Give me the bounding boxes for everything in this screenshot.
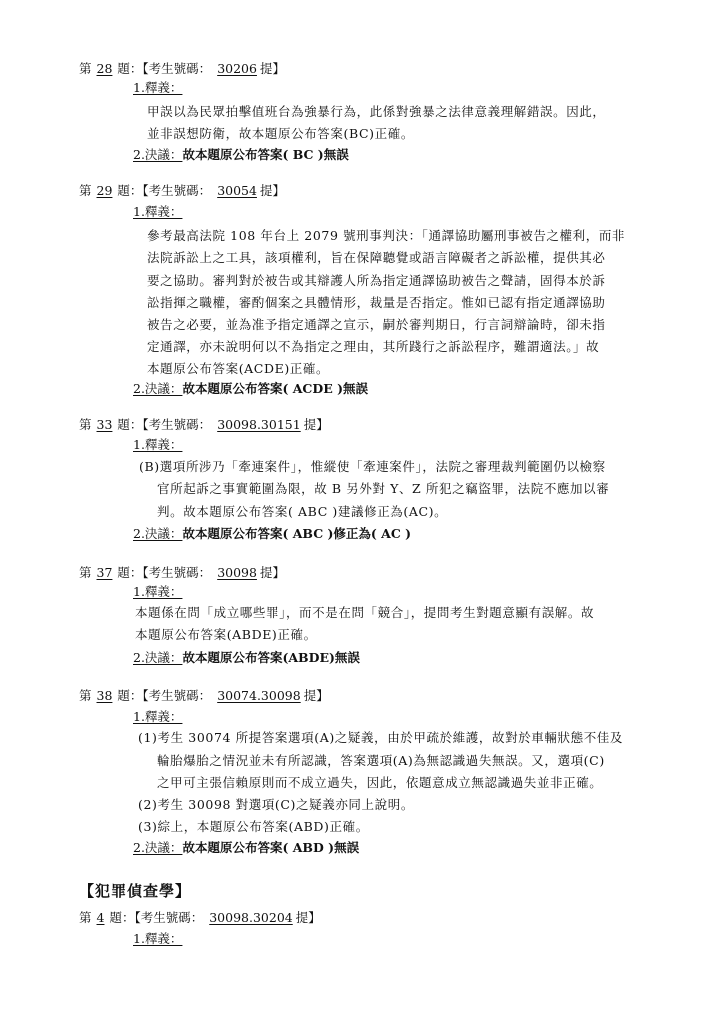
question-header-29: 第29題：【考生號碼：30054提】 <box>79 183 285 199</box>
explanation-line: 定通譯，亦未說明何以不為指定之理由，其所踐行之訴訟程序，難謂適法。」故 <box>147 339 599 355</box>
question-prefix: 第 <box>79 183 92 198</box>
candidate-codes: 30098.30204 <box>203 910 296 926</box>
resolution-text: 故本題原公布答案( ACDE )無誤 <box>182 381 368 396</box>
explanation-line: 參考最高法院 108 年台上 2079 號刑事判決：「通譯協助屬刑事被告之權利，… <box>147 228 625 244</box>
submit-label: 提】 <box>296 910 321 925</box>
question-label: 題：【考生號碼： <box>117 565 211 580</box>
submit-label: 提】 <box>260 61 285 76</box>
question-header-37: 第37題：【考生號碼：30098提】 <box>79 565 285 581</box>
question-prefix: 第 <box>79 910 92 925</box>
explanation-line: (3)綜上，本題原公布答案(ABD)正確。 <box>138 819 369 835</box>
question-prefix: 第 <box>79 61 92 76</box>
question-label: 題：【考生號碼： <box>117 688 211 703</box>
question-prefix: 第 <box>79 417 92 432</box>
question-number: 37 <box>92 565 118 581</box>
explanation-line: 本題係在問「成立哪些罪」，而不是在問「競合」，提問考生對題意顯有誤解。故 <box>135 605 594 621</box>
candidate-codes: 30098.30151 <box>211 417 304 433</box>
resolution-text: 故本題原公布答案( BC )無誤 <box>182 147 348 162</box>
explanation-line: 要之協助。審判對於被告或其辯護人所為指定通譯協助被告之聲請，固得本於訴 <box>147 273 606 289</box>
candidate-codes: 30098 <box>211 565 260 581</box>
explanation-line: 本題原公布答案(ABDE)正確。 <box>135 627 317 643</box>
explanation-label: 1.釋義： <box>133 204 182 220</box>
explanation-line: 判。故本題原公布答案( ABC )建議修正為(AC)。 <box>157 504 447 520</box>
explanation-line: (1)考生 30074 所提答案選項(A)之疑義，由於甲疏於維護，故對於車輛狀態… <box>138 730 623 746</box>
question-header-4: 第4題：【考生號碼：30098.30204提】 <box>79 910 321 926</box>
submit-label: 提】 <box>304 417 329 432</box>
resolution-label: 2.決議： <box>133 840 182 855</box>
question-label: 題：【考生號碼： <box>109 910 203 925</box>
explanation-line: 法院訴訟上之工具，該項權利，旨在保障聽覺或語言障礙者之訴訟權，提供其必 <box>147 250 606 266</box>
explanation-line: 被告之必要，並為准予指定通譯之宣示，嗣於審判期日，行言詞辯論時，卻未指 <box>147 317 606 333</box>
question-number: 38 <box>92 688 118 704</box>
section-title: 【犯罪偵查學】 <box>79 883 191 899</box>
resolution-text: 故本題原公布答案( ABC )修正為( AC ) <box>182 526 411 541</box>
explanation-line: (B)選項所涉乃「牽連案件」，惟縱使「牽連案件」，法院之審理裁判範圍仍以檢察 <box>139 459 606 475</box>
explanation-label: 1.釋義： <box>133 80 182 96</box>
resolution-line: 2.決議：故本題原公布答案(ABDE)無誤 <box>133 650 360 666</box>
question-header-28: 第28題：【考生號碼：30206提】 <box>79 61 285 77</box>
question-prefix: 第 <box>79 688 92 703</box>
resolution-label: 2.決議： <box>133 526 182 541</box>
submit-label: 提】 <box>260 565 285 580</box>
document-page: 第28題：【考生號碼：30206提】 1.釋義： 甲誤以為民眾拍擊值班台為強暴行… <box>0 0 724 1024</box>
submit-label: 提】 <box>304 688 329 703</box>
explanation-label: 1.釋義： <box>133 584 182 600</box>
resolution-line: 2.決議：故本題原公布答案( ABC )修正為( AC ) <box>133 526 411 542</box>
question-header-38: 第38題：【考生號碼：30074.30098提】 <box>79 688 329 704</box>
resolution-label: 2.決議： <box>133 381 182 396</box>
explanation-line: 官所起訴之事實範圍為限，故 B 另外對 Y、Z 所犯之竊盜罪，法院不應加以審 <box>157 481 609 497</box>
candidate-codes: 30054 <box>211 183 260 199</box>
resolution-text: 故本題原公布答案(ABDE)無誤 <box>182 650 359 665</box>
question-number: 28 <box>92 61 118 77</box>
explanation-line: 之甲可主張信賴原則而不成立過失，因此，依題意成立無認識過失並非正確。 <box>157 775 602 791</box>
question-number: 4 <box>92 910 110 926</box>
question-number: 29 <box>92 183 118 199</box>
question-label: 題：【考生號碼： <box>117 61 211 76</box>
question-number: 33 <box>92 417 118 433</box>
explanation-line: (2)考生 30098 對選項(C)之疑義亦同上說明。 <box>138 797 414 813</box>
question-label: 題：【考生號碼： <box>117 417 211 432</box>
explanation-line: 並非誤想防衛，故本題原公布答案(BC)正確。 <box>147 126 414 142</box>
resolution-label: 2.決議： <box>133 650 182 665</box>
explanation-line: 本題原公布答案(ACDE)正確。 <box>147 361 329 377</box>
explanation-line: 輪胎爆胎之情況並未有所認識，答案選項(A)為無認識過失無誤。又，選項(C) <box>157 753 605 769</box>
resolution-label: 2.決議： <box>133 147 182 162</box>
question-header-33: 第33題：【考生號碼：30098.30151提】 <box>79 417 329 433</box>
resolution-text: 故本題原公布答案( ABD )無誤 <box>182 840 359 855</box>
question-prefix: 第 <box>79 565 92 580</box>
candidate-codes: 30074.30098 <box>211 688 304 704</box>
explanation-label: 1.釋義： <box>133 437 182 453</box>
candidate-codes: 30206 <box>211 61 260 77</box>
resolution-line: 2.決議：故本題原公布答案( ACDE )無誤 <box>133 381 368 397</box>
explanation-line: 甲誤以為民眾拍擊值班台為強暴行為，此係對強暴之法律意義理解錯誤。因此， <box>147 104 606 120</box>
submit-label: 提】 <box>260 183 285 198</box>
explanation-line: 訟指揮之職權，審酌個案之具體情形，裁量是否指定。惟如已認有指定通譯協助 <box>147 295 606 311</box>
explanation-label: 1.釋義： <box>133 931 182 947</box>
resolution-line: 2.決議：故本題原公布答案( BC )無誤 <box>133 147 349 163</box>
explanation-label: 1.釋義： <box>133 709 182 725</box>
resolution-line: 2.決議：故本題原公布答案( ABD )無誤 <box>133 840 359 856</box>
question-label: 題：【考生號碼： <box>117 183 211 198</box>
